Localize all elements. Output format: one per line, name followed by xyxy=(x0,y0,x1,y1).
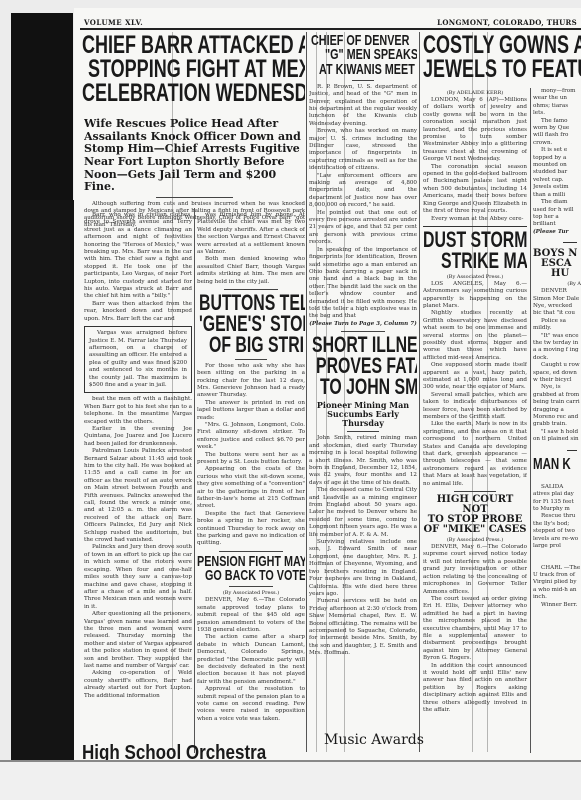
buttons-headline: BUTTONS TELL 'GENE'S' STORY OF BIG STRIK… xyxy=(199,293,305,356)
separator xyxy=(454,491,496,492)
separator xyxy=(352,80,374,81)
boys-byline: (By A xyxy=(533,281,581,287)
column-rule xyxy=(194,208,195,753)
lead-col1-text: Barr, who was in civilian clothes, drove… xyxy=(84,212,192,323)
pension-body: DENVER, May 6.—The Colorado senate appro… xyxy=(197,597,305,723)
court-byline: (By Associated Press.) xyxy=(423,537,527,543)
empty-margin xyxy=(0,762,581,800)
gowns-body: LONDON, May 6 (AP)—Millions of dollars w… xyxy=(423,97,527,223)
court-body: DENVER, May 6.—The Colorado supreme cour… xyxy=(423,544,527,714)
volume-label: VOLUME XLV. xyxy=(84,18,143,27)
column-4: (By ADELAIDE KERR) LONDON, May 6 (AP)—Mi… xyxy=(423,88,527,753)
pension-byline: (By Associated Press.) xyxy=(197,590,305,596)
separator xyxy=(563,242,577,243)
scan-margin-shadow-lower xyxy=(11,200,74,760)
separator xyxy=(156,197,233,198)
film-scratch xyxy=(316,32,317,752)
separator xyxy=(235,359,267,360)
gowns-side-body: mony—from wear the un ohms; tiaras lets.… xyxy=(533,88,581,236)
separator xyxy=(219,551,284,552)
man-headline: MAN K xyxy=(533,457,568,472)
gowns-byline: (By ADELAIDE KERR) xyxy=(423,90,527,96)
lead-column-1: Barr, who was in civilian clothes, drove… xyxy=(84,212,192,760)
mars-headline: DUST STORMS STRIKE MARS xyxy=(423,230,527,272)
dateline: LONGMONT, COLORADO, THURS xyxy=(437,18,577,27)
lead-headline: CHIEF BARR ATTACKED AFTER STOPPING FIGHT… xyxy=(82,34,305,105)
gowns-headline: COSTLY GOWNS AND BI JEWELS TO FEATURE CO xyxy=(423,34,581,82)
boys-body: DENVER Simon Mor Dale Nye, wrecked bic t… xyxy=(533,288,581,444)
newspaper-page: VOLUME XLV. LONGMONT, COLORADO, THURS CH… xyxy=(74,8,581,760)
film-scratch xyxy=(344,32,345,752)
masthead-rule xyxy=(80,28,581,30)
scanned-page: VOLUME XLV. LONGMONT, COLORADO, THURS CH… xyxy=(0,0,581,770)
film-scratch xyxy=(487,32,488,752)
mars-byline: (By Associated Press.) xyxy=(423,274,527,280)
smith-headline: SHORT ILLNESS PROVES FATAL TO JOHN SMITH xyxy=(312,335,417,398)
lead-col1b-text: beat the men off with a flashlight. When… xyxy=(84,396,192,700)
column-rule xyxy=(306,32,307,752)
orchestra-banner: High School Orchestra xyxy=(82,744,304,760)
film-scratch xyxy=(472,32,473,752)
music-awards-banner: Music Awards xyxy=(324,732,419,754)
film-scratch xyxy=(172,32,173,752)
court-headline: HIGH COURT NOT TO STOP PROBE OF "MIKE" C… xyxy=(423,495,527,535)
separator xyxy=(229,586,272,587)
boys-headline: BOYS N ESCA HU xyxy=(533,249,581,279)
lead-deck-text: Wife Rescues Police Head After Assailant… xyxy=(84,118,305,194)
lead-col2-text: was furnished him by phone. At Plattevil… xyxy=(197,212,305,286)
column-rule xyxy=(419,32,420,752)
scan-margin-shadow xyxy=(11,13,73,215)
lead-column-2: was furnished him by phone. At Plattevil… xyxy=(197,212,305,757)
separator xyxy=(347,431,379,432)
gowns-jump[interactable]: (Please Tur xyxy=(533,229,581,236)
mars-body: LOS ANGELES, May 6.—Astronomers say some… xyxy=(423,281,527,488)
film-scratch xyxy=(326,32,327,752)
buttons-body: For those who ask why she has been sitti… xyxy=(197,363,305,548)
man-body: SALIDA atives plai day for Fi 135 feet t… xyxy=(533,484,581,609)
column-rule xyxy=(530,88,531,753)
lead-headline-line-3: CELEBRATION WEDNESDAY NIGHT xyxy=(82,82,243,106)
column-5: mony—from wear the un ohms; tiaras lets.… xyxy=(533,88,581,753)
separator xyxy=(567,450,577,451)
pension-headline: PENSION FIGHT MAY GO BACK TO VOTERS xyxy=(197,555,305,584)
arraignment-box: Vargas was arraigned before Justice E. M… xyxy=(84,326,192,393)
